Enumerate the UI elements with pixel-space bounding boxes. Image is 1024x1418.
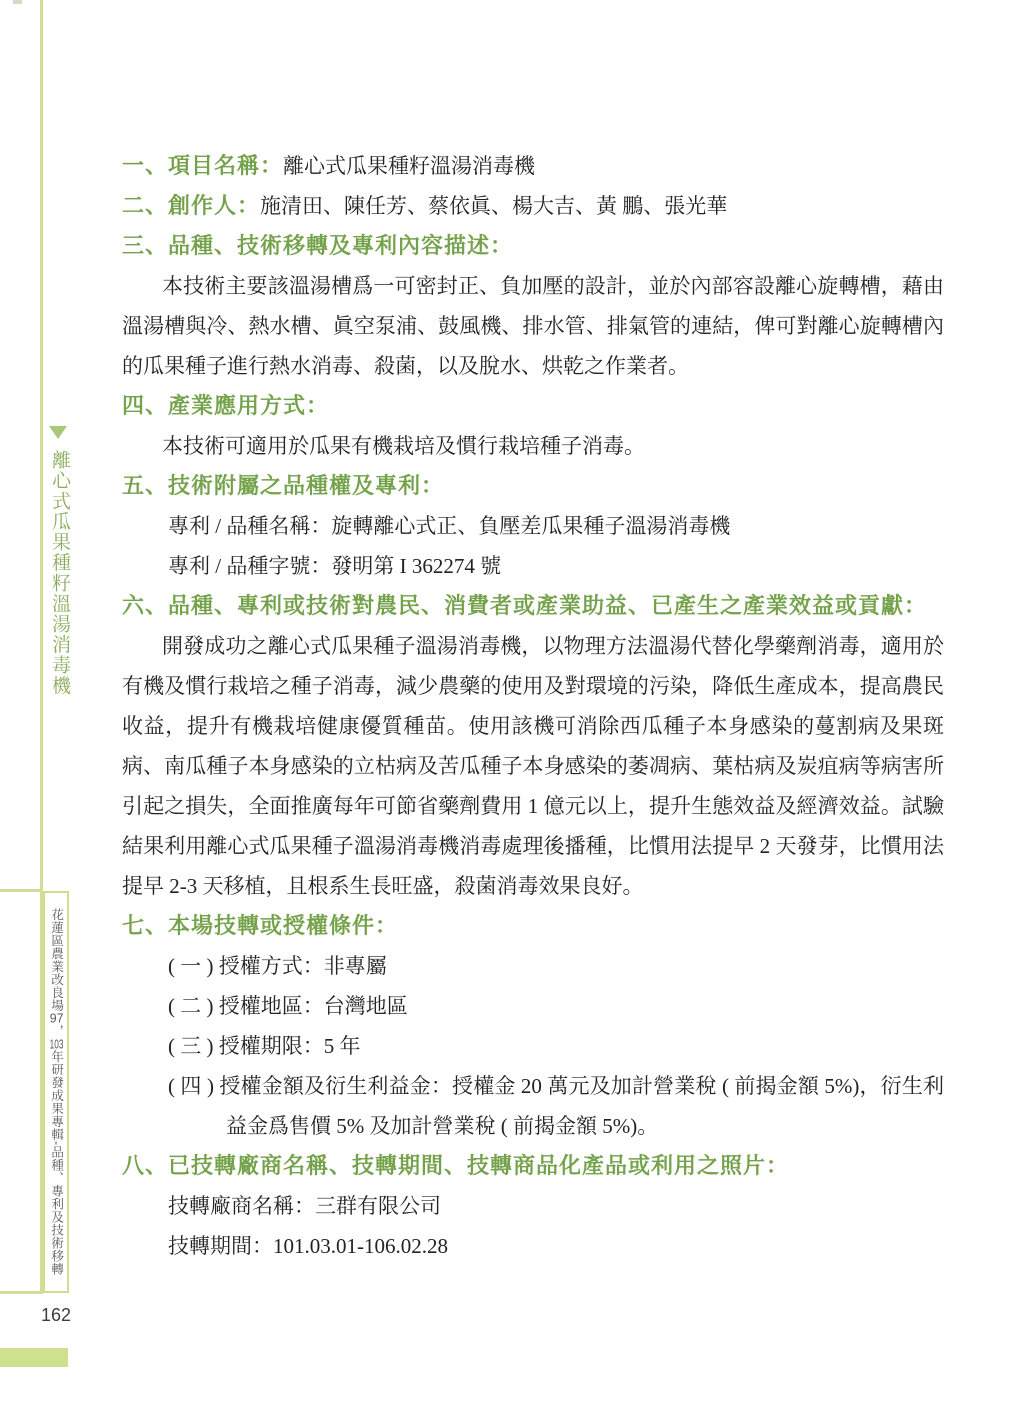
section-description: 三、品種、技術移轉及專利內容描述：本技術主要該溫湯槽爲一可密封正、負加壓的設計，… — [122, 226, 944, 386]
sidebar-chapter-title: 離心式瓜果種籽溫湯消毒機 — [46, 450, 73, 696]
sidebar-book-title-box: 花蓮區農業改良場97，103年研發成果專輯-品種、專利及技術移轉 — [43, 891, 69, 1293]
section-license-terms: 七、本場技轉或授權條件：( 一 ) 授權方式：非專屬( 二 ) 授權地區：台灣地… — [122, 906, 944, 1146]
section-item: 專利 / 品種字號：發明第 I 362274 號 — [122, 546, 944, 586]
book-title-part: 品種、專利及技術移轉 — [50, 1146, 64, 1276]
section-item: ( 一 ) 授權方式：非專屬 — [122, 946, 944, 986]
section-industry-application: 四、產業應用方式：本技術可適用於瓜果有機栽培及慣行栽培種子消毒。 — [122, 386, 944, 466]
sidebar-horizontal-rule-bottom — [0, 1291, 43, 1294]
content: 一、項目名稱：離心式瓜果種籽溫湯消毒機二、創作人：施清田、陳任芳、蔡依眞、楊大吉… — [122, 146, 944, 1266]
book-title-part: ， — [50, 1025, 64, 1038]
section-heading-patents: 五、技術附屬之品種權及專利： — [122, 466, 944, 506]
section-patents: 五、技術附屬之品種權及專利：專利 / 品種名稱：旋轉離心式正、負壓差瓜果種子溫湯… — [122, 466, 944, 586]
section-heading-benefits: 六、品種、專利或技術對農民、消費者或產業助益、已產生之產業效益或貢獻： — [122, 586, 944, 626]
book-title-part: 103 — [50, 1038, 64, 1051]
section-item: 專利 / 品種名稱：旋轉離心式正、負壓差瓜果種子溫湯消毒機 — [122, 506, 944, 546]
section-inline-value: 施清田、陳任芳、蔡依眞、楊大吉、黃 鵬、張光華 — [260, 194, 727, 218]
section-paragraph: 開發成功之離心式瓜果種子溫湯消毒機，以物理方法溫湯代替化學藥劑消毒，適用於有機及… — [122, 626, 944, 906]
section-paragraph: 本技術可適用於瓜果有機栽培及慣行栽培種子消毒。 — [122, 426, 944, 466]
section-item: 技轉期間：101.03.01-106.02.28 — [122, 1226, 944, 1266]
section-heading-project-name: 一、項目名稱：離心式瓜果種籽溫湯消毒機 — [122, 146, 944, 186]
sidebar-horizontal-rule-top — [0, 889, 40, 892]
section-heading-description: 三、品種、技術移轉及專利內容描述： — [122, 226, 944, 266]
bottom-green-bar — [0, 1348, 68, 1367]
section-item: ( 四 ) 授權金額及衍生利益金：授權金 20 萬元及加計營業稅 ( 前揭金額 … — [122, 1066, 944, 1146]
book-title-part: 花蓮區農業改良場 — [50, 908, 64, 1012]
section-heading-transfer-info: 八、已技轉廠商名稱、技轉期間、技轉商品化產品或利用之照片： — [122, 1146, 944, 1186]
section-transfer-info: 八、已技轉廠商名稱、技轉期間、技轉商品化產品或利用之照片：技轉廠商名稱：三群有限… — [122, 1146, 944, 1266]
sidebar-book-title: 花蓮區農業改良場97，103年研發成果專輯-品種、專利及技術移轉 — [49, 908, 62, 1276]
section-heading-creators: 二、創作人：施清田、陳任芳、蔡依眞、楊大吉、黃 鵬、張光華 — [122, 186, 944, 226]
section-item: 技轉廠商名稱：三群有限公司 — [122, 1186, 944, 1226]
section-heading-industry-application: 四、產業應用方式： — [122, 386, 944, 426]
down-triangle-icon — [49, 426, 67, 439]
section-paragraph: 本技術主要該溫湯槽爲一可密封正、負加壓的設計，並於內部容設離心旋轉槽，藉由溫湯槽… — [122, 266, 944, 386]
document-page: 離心式瓜果種籽溫湯消毒機 花蓮區農業改良場97，103年研發成果專輯-品種、專利… — [0, 0, 1024, 1418]
corner-mark — [13, 0, 22, 4]
section-inline-value: 離心式瓜果種籽溫湯消毒機 — [283, 154, 535, 178]
section-project-name: 一、項目名稱：離心式瓜果種籽溫湯消毒機 — [122, 146, 944, 186]
page-number: 162 — [41, 1305, 71, 1326]
book-title-part: 年研發成果專輯 — [50, 1050, 64, 1141]
book-title-part: 97 — [50, 1012, 64, 1025]
section-heading-license-terms: 七、本場技轉或授權條件： — [122, 906, 944, 946]
section-creators: 二、創作人：施清田、陳任芳、蔡依眞、楊大吉、黃 鵬、張光華 — [122, 186, 944, 226]
section-item: ( 二 ) 授權地區：台灣地區 — [122, 986, 944, 1026]
section-benefits: 六、品種、專利或技術對農民、消費者或產業助益、已產生之產業效益或貢獻：開發成功之… — [122, 586, 944, 906]
section-item: ( 三 ) 授權期限：5 年 — [122, 1026, 944, 1066]
